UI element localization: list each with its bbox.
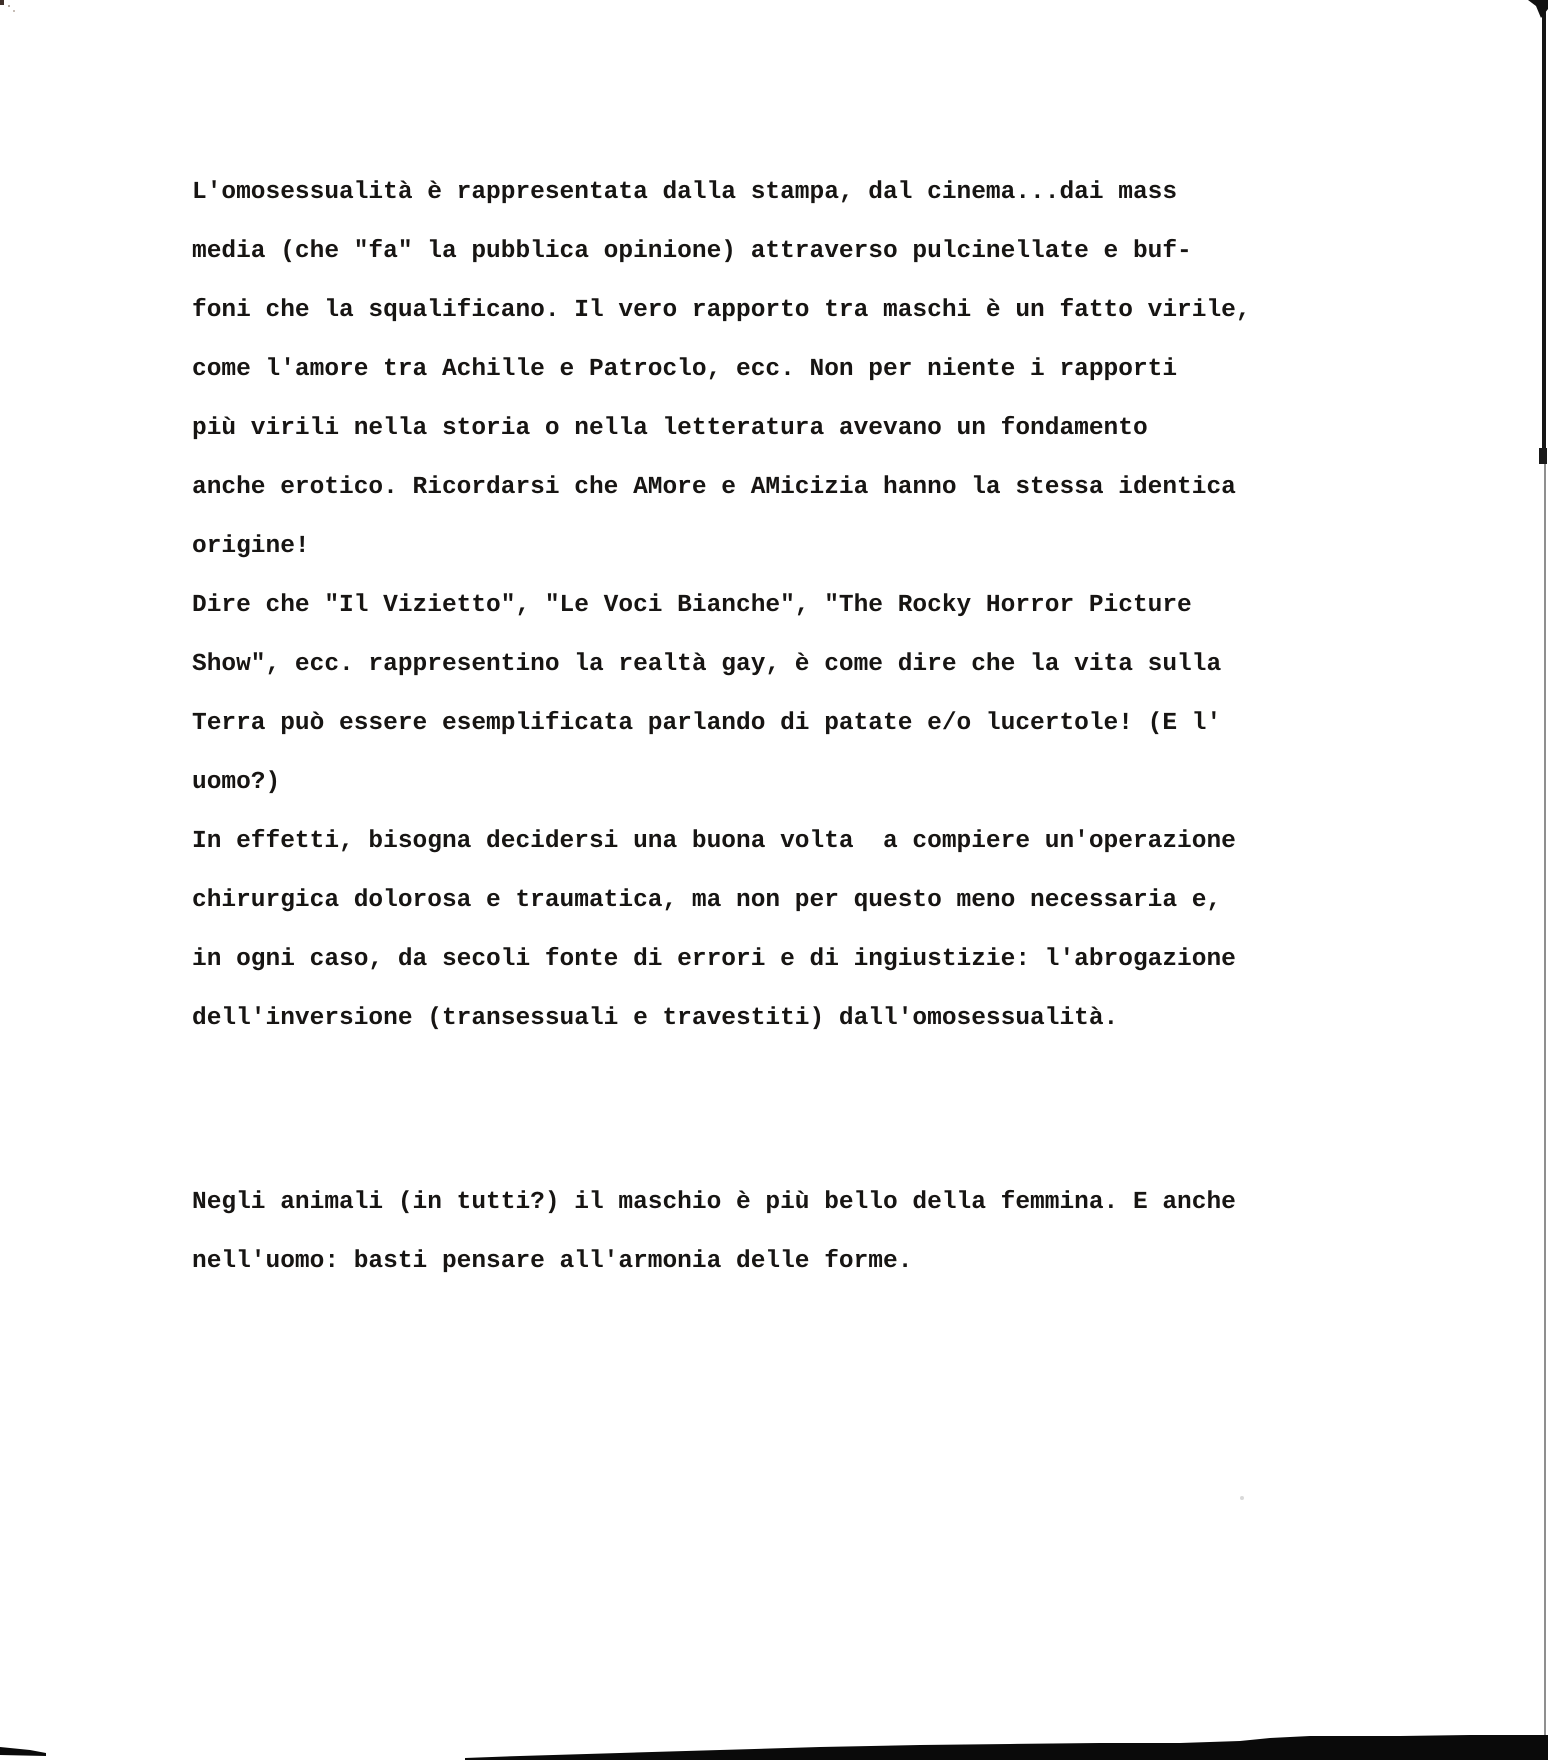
text-line: nell'uomo: basti pensare all'armonia del… [192,1232,1352,1291]
text-line: Show", ecc. rappresentino la realtà gay,… [192,635,1352,694]
typewritten-text: L'omosessualità è rappresentata dalla st… [192,163,1352,1291]
scan-artifact-right-edge-dark-line [1542,6,1546,456]
scan-artifact-top-left-speck-faint [13,10,15,12]
scan-artifact-top-right-corner-wedge [1524,0,1548,20]
text-line: origine! [192,517,1352,576]
scan-artifact-right-edge-blob [1539,448,1547,464]
text-line: media (che "fa" la pubblica opinione) at… [192,222,1352,281]
paragraph: Negli animali (in tutti?) il maschio è p… [192,1173,1352,1291]
text-line: dell'inversione (transessuali e travesti… [192,989,1352,1048]
scan-artifact-top-left-speck [0,0,4,5]
paragraph: Dire che "Il Vizietto", "Le Voci Bianche… [192,576,1352,812]
text-line: foni che la squalificano. Il vero rappor… [192,281,1352,340]
text-line: Negli animali (in tutti?) il maschio è p… [192,1173,1352,1232]
scan-artifact-top-left-speck-faint [8,5,10,7]
text-line: in ogni caso, da secoli fonte di errori … [192,930,1352,989]
text-line: chirurgica dolorosa e traumatica, ma non… [192,871,1352,930]
text-line: In effetti, bisogna decidersi una buona … [192,812,1352,871]
text-line: più virili nella storia o nella letterat… [192,399,1352,458]
text-line: Dire che "Il Vizietto", "Le Voci Bianche… [192,576,1352,635]
paragraph: In effetti, bisogna decidersi una buona … [192,812,1352,1048]
scan-artifact-faint-dot [1240,1496,1244,1500]
text-line: anche erotico. Ricordarsi che AMore e AM… [192,458,1352,517]
paragraph: L'omosessualità è rappresentata dalla st… [192,163,1352,576]
text-line: Terra può essere esemplificata parlando … [192,694,1352,753]
text-line: L'omosessualità è rappresentata dalla st… [192,163,1352,222]
text-line: uomo?) [192,753,1352,812]
scanned-page: L'omosessualità è rappresentata dalla st… [0,0,1548,1760]
text-line: come l'amore tra Achille e Patroclo, ecc… [192,340,1352,399]
scan-artifact-bottom-wedge [0,1728,1548,1760]
